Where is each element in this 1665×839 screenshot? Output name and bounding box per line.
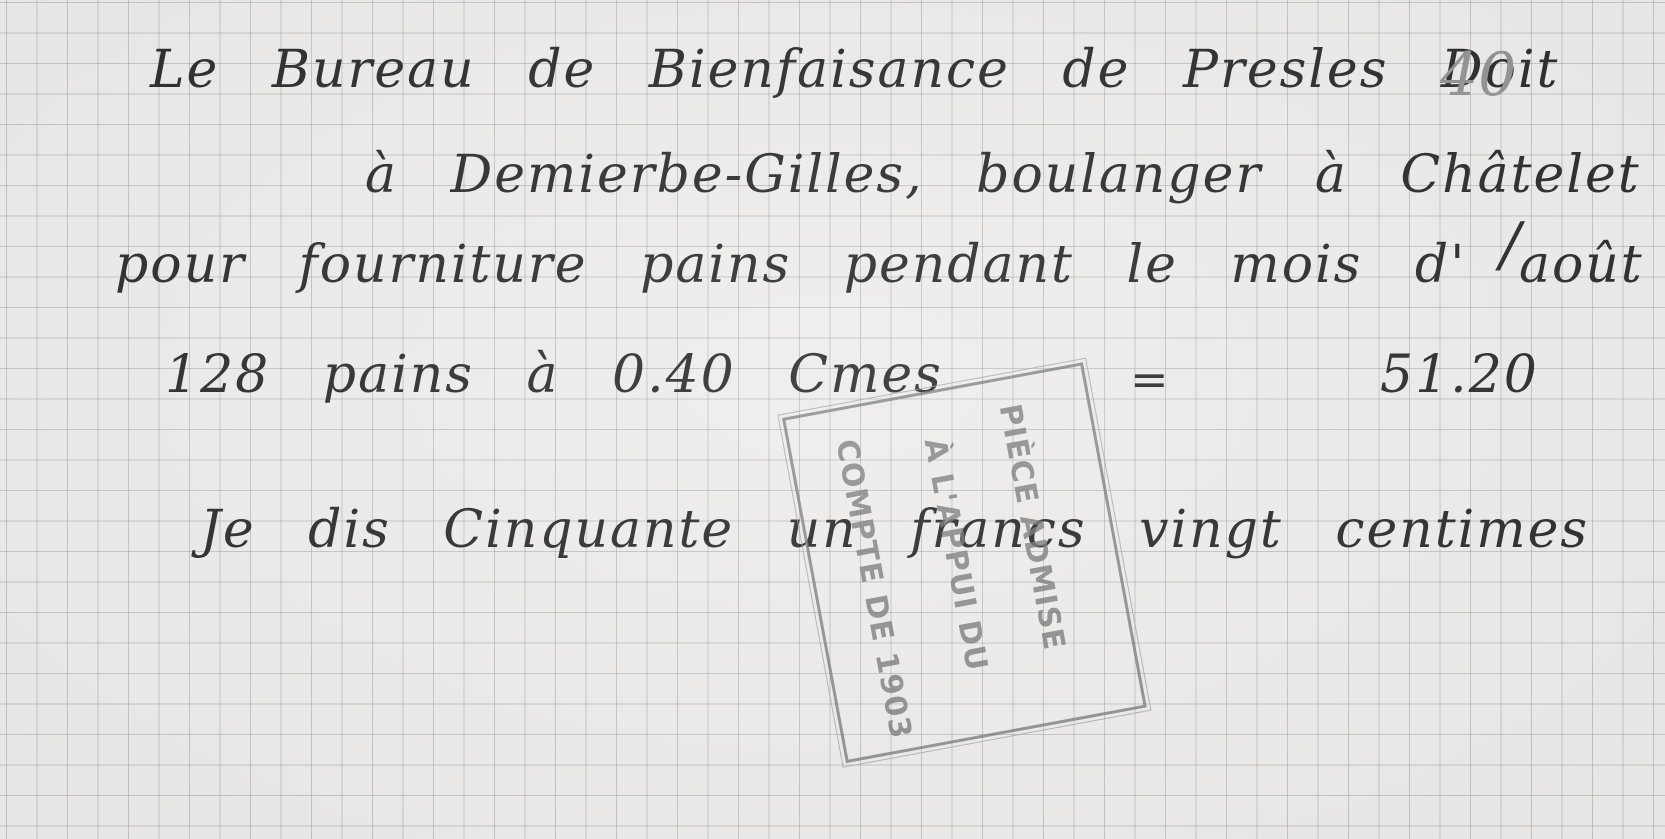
word: Je xyxy=(200,500,256,560)
word: centimes xyxy=(1335,500,1589,560)
word: août xyxy=(1519,235,1644,295)
word: à xyxy=(365,145,398,205)
word: Bureau xyxy=(272,40,476,100)
word: fourniture xyxy=(298,235,587,295)
approval-stamp: PIÈCE ADMISE À L'APPUI DU COMPTE DE 1903 xyxy=(782,362,1147,763)
word: Cinquante xyxy=(443,500,734,560)
word: pour xyxy=(115,235,246,295)
unit-price: 0.40 xyxy=(612,345,736,405)
supplier-line: à Demierbe-Gilles, boulanger à Châtelet xyxy=(365,145,1665,205)
total-amount: 51.20 xyxy=(1380,345,1539,405)
word: d' xyxy=(1415,235,1467,295)
word: vingt xyxy=(1139,500,1283,560)
word: de xyxy=(528,40,596,100)
word: à xyxy=(526,345,559,405)
word: Presles xyxy=(1183,40,1388,100)
equals-sign: = xyxy=(1130,352,1171,406)
word: pains xyxy=(640,235,791,295)
bracket-mark: / xyxy=(1500,210,1520,280)
word: mois xyxy=(1230,235,1362,295)
word: boulanger xyxy=(976,145,1262,205)
header-line: Le Bureau de Bienfaisance de Presles Doi… xyxy=(150,40,1593,100)
word: Bienfaisance xyxy=(649,40,1010,100)
word: le xyxy=(1126,235,1177,295)
word: à xyxy=(1315,145,1348,205)
word: pendant xyxy=(844,235,1074,295)
stamp-line-1: PIÈCE ADMISE xyxy=(992,401,1072,653)
supplier-town: Châtelet xyxy=(1400,145,1640,205)
pencil-annotation: 40 xyxy=(1440,40,1516,110)
word: Le xyxy=(150,40,219,100)
stamp-line-3: COMPTE DE 1903 xyxy=(828,437,918,742)
word: de xyxy=(1062,40,1130,100)
word: dis xyxy=(308,500,391,560)
invoice-page: Le Bureau de Bienfaisance de Presles Doi… xyxy=(0,0,1665,839)
description-line: pour fourniture pains pendant le mois d'… xyxy=(115,235,1665,295)
stamp-line-2: À L'APPUI DU xyxy=(917,435,994,674)
supplier-name: Demierbe-Gilles, xyxy=(451,145,924,205)
quantity: 128 xyxy=(165,345,270,405)
calculation-line: 128 pains à 0.40 Cmes xyxy=(165,345,977,405)
item: pains xyxy=(323,345,474,405)
